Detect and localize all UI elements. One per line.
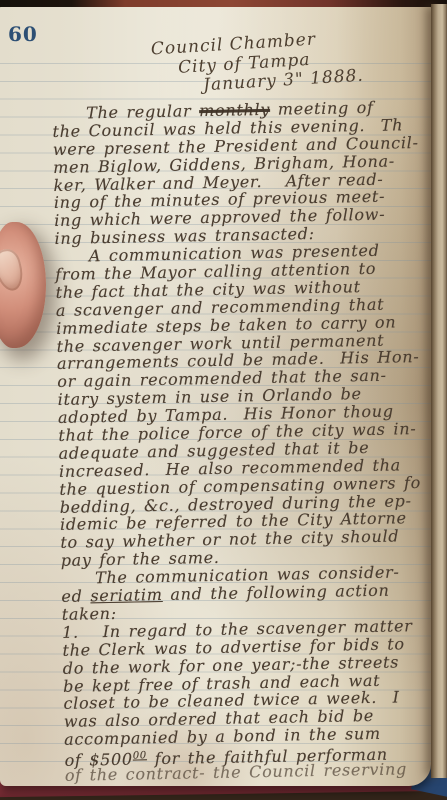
book-top-edge [0,0,447,7]
thumb-nail [0,246,27,293]
manuscript-body: The regular monthly meeting ofthe Counci… [52,97,431,784]
ledger-photo: 60 Council Chamber City of Tampa January… [0,0,447,800]
page-number: 60 [8,24,38,44]
book-gutter-facing-page [431,4,447,778]
ledger-page: 60 Council Chamber City of Tampa January… [0,6,431,786]
